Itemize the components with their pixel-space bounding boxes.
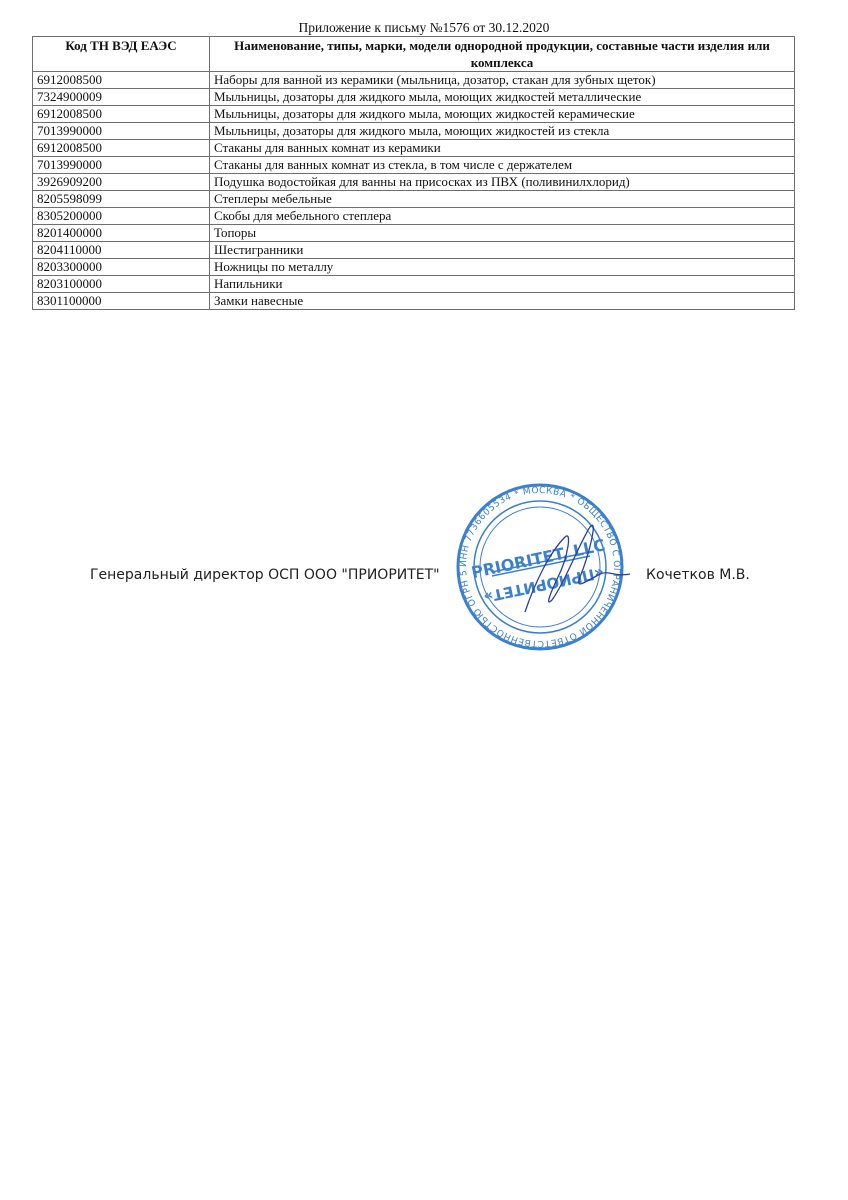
table-row: 8305200000Скобы для мебельного степлера	[33, 208, 795, 225]
cell-code: 7013990000	[33, 123, 210, 140]
table-row: 8203100000Напильники	[33, 276, 795, 293]
table-row: 6912008500Наборы для ванной из керамики …	[33, 72, 795, 89]
cell-name: Стаканы для ванных комнат из керамики	[210, 140, 795, 157]
header-name: Наименование, типы, марки, модели одноро…	[210, 37, 795, 72]
table-row: 7013990000Стаканы для ванных комнат из с…	[33, 157, 795, 174]
header-code: Код ТН ВЭД ЕАЭС	[33, 37, 210, 72]
table-row: 6912008500Стаканы для ванных комнат из к…	[33, 140, 795, 157]
table-row: 8201400000Топоры	[33, 225, 795, 242]
cell-code: 3926909200	[33, 174, 210, 191]
table-row: 8203300000Ножницы по металлу	[33, 259, 795, 276]
cell-name: Ножницы по металлу	[210, 259, 795, 276]
table-row: 6912008500Мыльницы, дозаторы для жидкого…	[33, 106, 795, 123]
table-row: 7013990000Мыльницы, дозаторы для жидкого…	[33, 123, 795, 140]
cell-name: Подушка водостойкая для ванны на присоск…	[210, 174, 795, 191]
cell-code: 8205598099	[33, 191, 210, 208]
cell-name: Мыльницы, дозаторы для жидкого мыла, мою…	[210, 123, 795, 140]
cell-code: 8204110000	[33, 242, 210, 259]
cell-name: Шестигранники	[210, 242, 795, 259]
company-stamp: ИНН 7736605534 * МОСКВА * ОБЩЕСТВО С ОГР…	[440, 482, 640, 652]
document-caption: Приложение к письму №1576 от 30.12.2020	[0, 20, 848, 36]
cell-name: Мыльницы, дозаторы для жидкого мыла, мою…	[210, 106, 795, 123]
table-row: 8205598099Степлеры мебельные	[33, 191, 795, 208]
cell-code: 8203300000	[33, 259, 210, 276]
cell-code: 8201400000	[33, 225, 210, 242]
table-row: 7324900009Мыльницы, дозаторы для жидкого…	[33, 89, 795, 106]
cell-name: Наборы для ванной из керамики (мыльница,…	[210, 72, 795, 89]
cell-code: 8305200000	[33, 208, 210, 225]
cell-name: Скобы для мебельного степлера	[210, 208, 795, 225]
table-row: 8301100000Замки навесные	[33, 293, 795, 310]
cell-name: Стаканы для ванных комнат из стекла, в т…	[210, 157, 795, 174]
cell-code: 7013990000	[33, 157, 210, 174]
cell-code: 6912008500	[33, 106, 210, 123]
signatory-name: Кочетков М.В.	[646, 567, 750, 583]
goods-table: Код ТН ВЭД ЕАЭС Наименование, типы, марк…	[32, 36, 795, 310]
cell-code: 8203100000	[33, 276, 210, 293]
cell-code: 7324900009	[33, 89, 210, 106]
cell-code: 6912008500	[33, 140, 210, 157]
table-row: 3926909200Подушка водостойкая для ванны …	[33, 174, 795, 191]
cell-name: Топоры	[210, 225, 795, 242]
signatory-title: Генеральный директор ОСП ООО "ПРИОРИТЕТ"	[90, 567, 440, 583]
table-header-row: Код ТН ВЭД ЕАЭС Наименование, типы, марк…	[33, 37, 795, 72]
table-row: 8204110000Шестигранники	[33, 242, 795, 259]
cell-name: Степлеры мебельные	[210, 191, 795, 208]
cell-code: 6912008500	[33, 72, 210, 89]
stamp-seal: ИНН 7736605534 * МОСКВА * ОБЩЕСТВО С ОГР…	[440, 482, 622, 649]
cell-name: Замки навесные	[210, 293, 795, 310]
cell-code: 8301100000	[33, 293, 210, 310]
cell-name: Напильники	[210, 276, 795, 293]
cell-name: Мыльницы, дозаторы для жидкого мыла, мою…	[210, 89, 795, 106]
